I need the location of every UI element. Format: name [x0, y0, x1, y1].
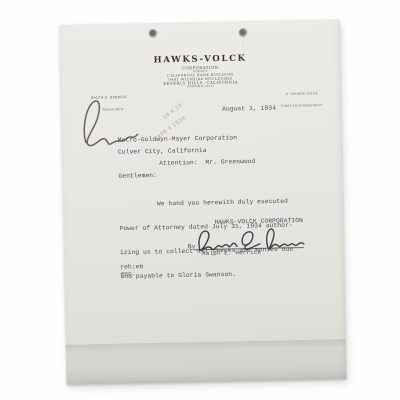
- recipient-line1: Metro-Goldwyn-Mayer Corporation: [118, 134, 237, 143]
- officer-left: RALPH E. HERRICK TREASURER: [91, 88, 128, 121]
- enclosure-note: enc.: [120, 270, 136, 277]
- attention-line: Attention: Mr. Greenwood: [159, 158, 255, 167]
- letter-date: August 1, 1934: [222, 105, 276, 113]
- officer-right-title: FIRST VICE-PRESIDENT: [281, 104, 322, 109]
- body-line: and payable to Gloria Swanson.: [120, 269, 293, 280]
- officer-left-title: TREASURER: [91, 108, 127, 113]
- officer-right-name: A. GEORGE VOLCK: [281, 92, 322, 97]
- signature-autograph: [191, 222, 310, 258]
- body-line: We hand you herewith duly executed: [119, 197, 292, 208]
- letter-paper: HAWKS-VOLCK CORPORATION AGENCY CALIFORNI…: [59, 19, 346, 385]
- recipient-line2: Culver City, California: [118, 147, 207, 156]
- typed-content-layer: HAWKS-VOLCK CORPORATION AGENCY CALIFORNI…: [59, 19, 346, 387]
- officer-left-name: RALPH E. HERRICK: [91, 96, 127, 101]
- salutation: Gentlemen:: [118, 172, 157, 180]
- officer-right: A. GEORGE VOLCK FIRST VICE-PRESIDENT: [281, 84, 323, 117]
- photo-of-letter: { "colors":{ "background":"#fefefe", "pa…: [0, 0, 400, 400]
